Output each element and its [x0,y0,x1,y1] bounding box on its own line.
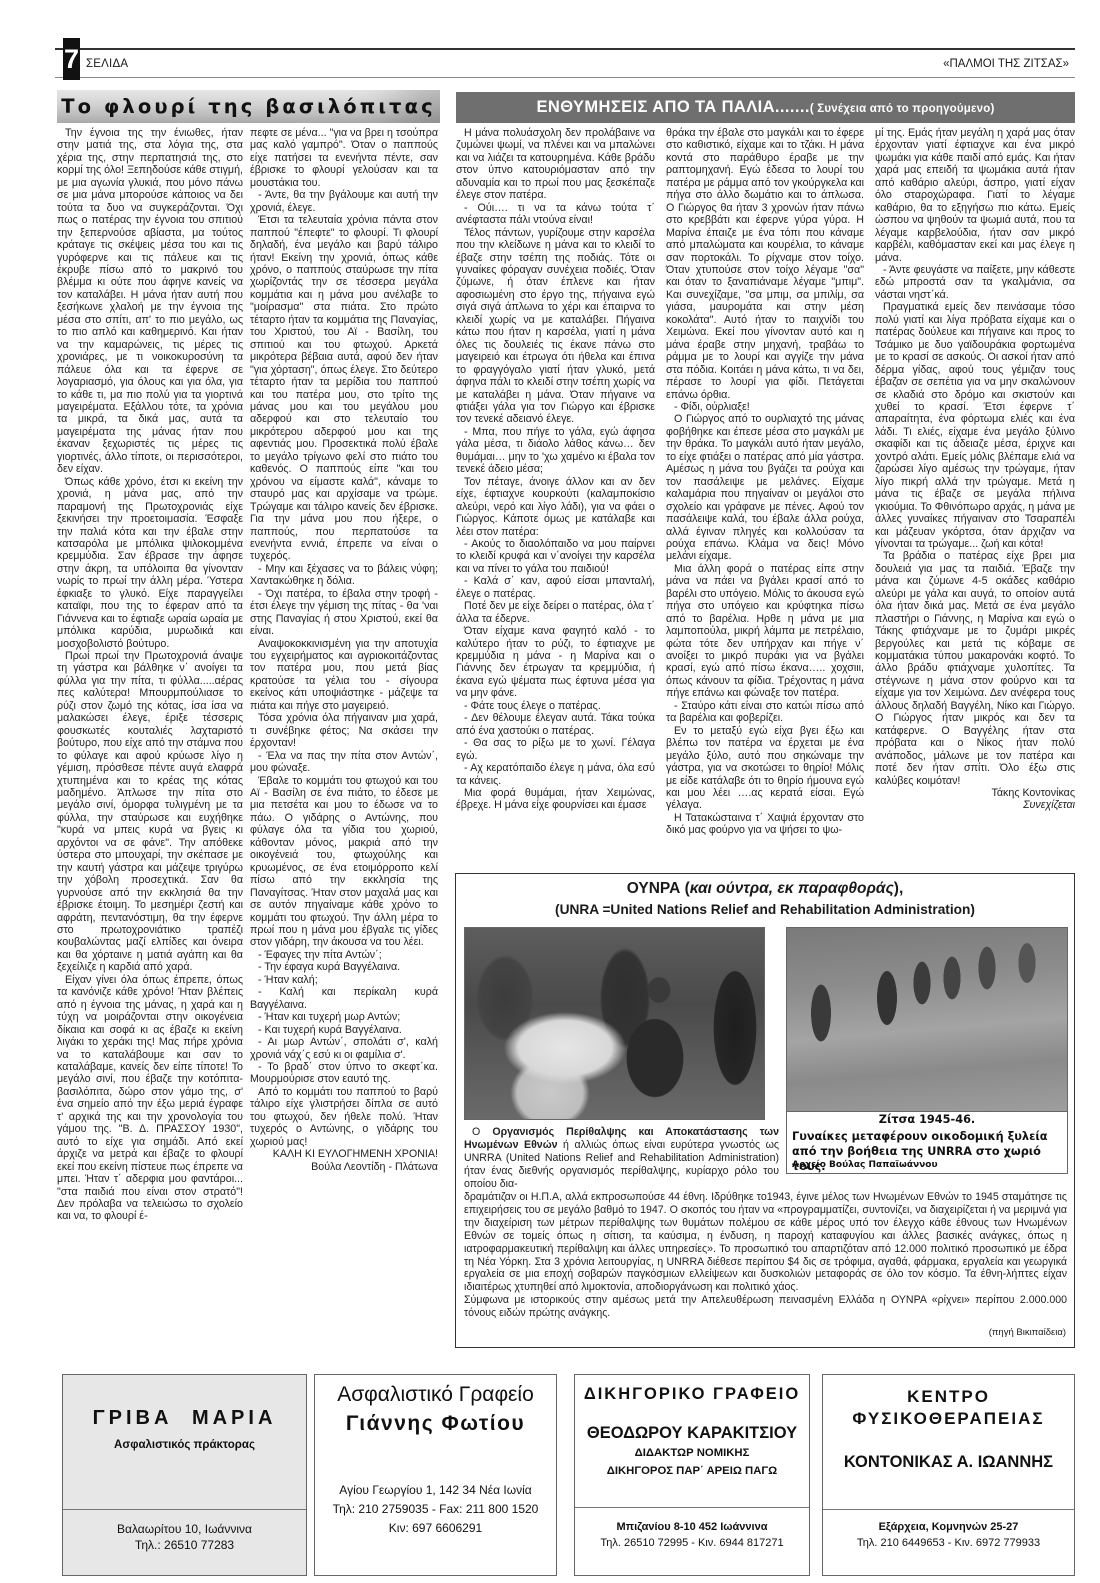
unra-title-main: ΟΥΝΡΑ ( [627,880,690,897]
paragraph: Τέλος πάντων, γυρίζουμε στην καρσέλα που… [456,227,655,426]
continues-label: Συνεχίζεται [875,799,1075,811]
unra-body: δραμάτιζαν οι Η.Π.Α, αλλά εκπροσωπούσε 4… [464,1191,1067,1320]
paragraph: Αναψοκοκκινισμένη για την αποτυχία του ε… [250,638,438,713]
memories-column-1: Η μάνα πολυάσχολη δεν προλάβαινε να ζυμώ… [456,127,655,867]
memories-column-3: μί της. Εμάς ήταν μεγάλη η χαρά μας όταν… [875,127,1075,867]
paragraph: Τον πέταγε, άνοιγε άλλον και αν δεν είχε… [456,476,655,538]
unra-title: ΟΥΝΡΑ (και ούντρα, εκ παραφθοράς), [456,880,1074,898]
paragraph: Όταν είχαμε κανα φαγητό καλό - το καλύτε… [456,625,655,700]
paragraph: Έβαλε το κομμάτι του φτωχού και του Αϊ -… [250,775,438,949]
ad-griva-maria: ΓΡΙΒΑ ΜΑΡΙΑ Ασφαλιστικός πράκτορας Βαλαω… [62,1374,307,1576]
ad-name: ΓΡΙΒΑ ΜΑΡΙΑ [63,1407,306,1430]
paragraph: - Όχι πατέρα, το έβαλα στην τροφή - έτσι… [250,588,438,638]
author-byline: Βούλα Λεοντίδη - Πλάτωνα [250,1161,438,1173]
memories-title-sub: ( Συνέχεια από το προηγούμενο) [810,103,995,115]
paragraph: Ποτέ δεν με είχε δείρει ο πατέρας, όλα τ… [456,600,655,625]
paragraph: - Δεν θέλουμε έλεγαν αυτά. Τάκα τούκα απ… [456,712,655,737]
paragraph: - Μπα, που πήγε το γάλα, εγώ άφησα γάλα … [456,426,655,476]
page-number: 7 [63,38,80,80]
ad-heading: ΔΙΚΗΓΟΡΙΚΟ ΓΡΑΦΕΙΟ [575,1385,809,1404]
paragraph: θράκα την έβαλε στο μαγκάλι και το έφερε… [666,127,864,401]
paragraph: μί της. Εμάς ήταν μεγάλη η χαρά μας όταν… [875,127,1075,264]
unra-title-end: ), [894,880,903,897]
paragraph: - Μην και ξέχασες να το βάλεις νύφη; Χαν… [250,563,438,588]
photo-children-relief-sacks [464,927,765,1120]
ad-title-2: ΔΙΚΗΓΟΡΟΣ ΠΑΡ΄ ΑΡΕΙΩ ΠΑΓΩ [575,1465,809,1477]
newspaper-name: «ΠΑΛΜΟΙ ΤΗΣ ΖΙΤΣΑΣ» [943,58,1069,70]
paragraph: - Άντε, θα την βγάλουμε και αυτή την χρο… [250,189,438,214]
ad-heading-2: ΦΥΣΙΚΟΘΕΡΑΠΕΙΑΣ [823,1409,1074,1429]
unra-info-box: ΟΥΝΡΑ (και ούντρα, εκ παραφθοράς), (UNRA… [455,873,1075,1348]
memories-title-main: ΕΝΘΥΜΗΣΕΙΣ ΑΠΟ ΤΑ ΠΑΛΙΑ....... [536,98,809,116]
ad-name: Γιάννης Φωτίου [315,1412,556,1436]
ad-name: ΚΟΝΤΟΝΙΚΑΣ Α. ΙΩΑΝΝΗΣ [823,1453,1074,1472]
paragraph: - Καλά σ΄ καν, αφού είσαι μπανταλή, έλεγ… [456,575,655,600]
photo-women-carrying-timber [786,927,1068,1112]
ad-law-office: ΔΙΚΗΓΟΡΙΚΟ ΓΡΑΦΕΙΟ ΘΕΟΔΩΡΟΥ ΚΑΡΑΚΙΤΣΙΟΥ … [574,1374,810,1576]
vasilopita-column-1: Την έγνοια της την ένιωθες, ήταν στην μα… [57,127,243,1342]
paragraph: - Την έφαγα κυρά Βαγγέλαινα. [250,961,438,973]
ad-title-1: ΔΙΔΑΚΤΩΡ ΝΟΜΙΚΗΣ [575,1447,809,1459]
author-byline: Τάκης Κοντονίκας [875,787,1075,799]
paragraph: Από το κομμάτι του παππού το βαρύ τάλιρο… [250,1086,438,1148]
paragraph: Μια φορά θυμάμαι, ήταν Χειμώνας, έβρεχε.… [456,787,655,812]
unra-source: (πηγή Βικιπαίδεια) [989,1327,1066,1338]
unra-body-paragraph-2: Σύμφωνα με ιστορικούς στην αμέσως μετά τ… [464,1294,1067,1320]
paragraph: - Σταύρο κάτι είναι στο κατώι πίσω από τ… [666,700,864,725]
paragraph: Είχαν γίνει όλα όπως έπρεπε, όπως τα καν… [57,974,243,1223]
photo-caption: Ζίτσα 1945-46. Γυναίκες μεταφέρουν οικοδ… [786,1112,1068,1174]
divider [823,1509,1074,1510]
paragraph: - Έλα να πας την πίτα στον Αντών΄, μου φ… [250,750,438,775]
ad-insurance-fotiou: Ασφαλιστικό Γραφείο Γιάννης Φωτίου Αγίου… [314,1374,557,1576]
ad-heading: Ασφαλιστικό Γραφείο [315,1383,556,1407]
section-label: ΣΕΛΙΔΑ [86,58,128,70]
memories-column-2: θράκα την έβαλε στο μαγκάλι και το έφερε… [666,127,864,867]
unra-subtitle: (UNRA =United Nations Relief and Rehabil… [456,902,1074,917]
divider [63,1509,306,1510]
paragraph: - Ήταν και τυχερή μωρ Αντών; [250,1011,438,1023]
paragraph: - Ούι…. τι να τα κάνω τούτα τ΄ ανέφταστα… [456,202,655,227]
intro-prefix: Ο [472,1126,492,1138]
ad-address: Αγίου Γεωργίου 1, 142 34 Νέα Ιωνία [315,1481,556,1500]
paragraph: Εν το μεταξύ εγώ είχα βγει έξω και βλέπω… [666,725,864,812]
paragraph: - Καλή και περίκαλη κυρά Βαγγέλαινα. [250,986,438,1011]
caption-credit: Αρχείο Βούλας Παπαϊωάννου [792,1160,938,1170]
unra-body-paragraph: δραμάτιζαν οι Η.Π.Α, αλλά εκπροσωπούσε 4… [464,1191,1067,1294]
vasilopita-column-2: πεφτε σε μένα... "για να βρει η τσούπρα … [250,127,438,1342]
ad-role: Ασφαλιστικός πράκτορας [63,1439,306,1451]
ad-phone: Τηλ.: 26510 77283 [63,1537,306,1553]
paragraph: Την έγνοια της την ένιωθες, ήταν στην μα… [57,127,243,476]
ad-contact: Εξάρχεια, Κομνηνών 25-27 Τηλ. 210 644965… [823,1519,1074,1551]
paragraph: Τόσα χρόνια όλα πήγαιναν μια χαρά, τι συ… [250,712,438,749]
paragraph: Όπως κάθε χρόνο, έτσι κι εκείνη την χρον… [57,476,243,650]
caption-title: Ζίτσα 1945-46. [787,1113,1067,1126]
paragraph: Πρωί πρωί την Πρωτοχρονιά άναψε τη γάστρ… [57,650,243,974]
paragraph: - Φίδι, ούρλιαξε! [666,401,864,413]
ad-address: Εξάρχεια, Κομνηνών 25-27 [879,1521,1019,1533]
paragraph: - Ήταν καλή; [250,974,438,986]
ad-phone: Τηλ. 210 6449653 - Κιν. 6972 779933 [823,1535,1074,1551]
paragraph: - Θα σας το ρίξω με το χωνί. Γέλαγα εγώ. [456,737,655,762]
paragraph: Μια άλλη φορά ο πατέρας είπε στην μάνα ν… [666,563,864,700]
paragraph: - Αχ κερατόπαιδο έλεγε η μάνα, όλα εσύ τ… [456,762,655,787]
paragraph: - Και τυχερή κυρά Βαγγέλαινα. [250,1024,438,1036]
closing-greeting: ΚΑΛΗ ΚΙ ΕΥΛΟΓΗΜΕΝΗ ΧΡΟΝΙΑ! [250,1148,438,1160]
divider [575,1507,809,1508]
paragraph: Πραγματικά εμείς δεν πεινάσαμε τόσο πολύ… [875,301,1075,550]
paragraph: - Άντε φευγάστε να παίξετε, μην κάθεστε … [875,264,1075,301]
unra-intro: Ο Οργανισμός Περίθαλψης και Αποκατάσταση… [464,1126,779,1191]
paragraph: - Ακούς το διαολόπαιδο να μου παίρνει το… [456,538,655,575]
paragraph: Ο Γιώργος από το ουρλιαχτό της μάνας φοβ… [666,413,864,562]
paragraph: - Φάτε τους έλεγε ο πατέρας. [456,700,655,712]
ad-phone: Τηλ. 26510 72995 - Κιν. 6944 817271 [575,1535,809,1551]
paragraph: Τα βράδια ο πατέρας είχε βρει μια δουλει… [875,550,1075,787]
ad-contact: Αγίου Γεωργίου 1, 142 34 Νέα Ιωνία Τηλ: … [315,1481,556,1538]
ad-phone: Τηλ: 210 2759035 - Fax: 211 800 1520 [315,1500,556,1519]
article-title-vasilopita: Το φλουρί της βασιλόπιτας [57,90,440,123]
paragraph: Έτσι τα τελευταία χρόνια πάντα στον παππ… [250,214,438,563]
paragraph: - Το βραδ΄ στον ύπνο το σκεφτ΄κα. Μουρμο… [250,1061,438,1086]
page-header: 7 ΣΕΛΙΔΑ «ΠΑΛΜΟΙ ΤΗΣ ΖΙΤΣΑΣ» [55,48,1075,78]
unra-title-italic: και ούντρα, εκ παραφθοράς [690,880,894,897]
paragraph: - Έφαγες την πίτα Αντών΄; [250,949,438,961]
ad-contact: Βαλαωρίτου 10, Ιωάννινα Τηλ.: 26510 7728… [63,1521,306,1553]
ad-mobile: Κιν: 697 6606291 [315,1519,556,1538]
ad-address: Μπιζανίου 8-10 452 Ιωάννινα [617,1521,768,1533]
ad-contact: Μπιζανίου 8-10 452 Ιωάννινα Τηλ. 26510 7… [575,1519,809,1551]
ad-name: ΘΕΟΔΩΡΟΥ ΚΑΡΑΚΙΤΣΙΟΥ [575,1424,809,1443]
ad-address: Βαλαωρίτου 10, Ιωάννινα [63,1521,306,1537]
paragraph: Η μάνα πολυάσχολη δεν προλάβαινε να ζυμώ… [456,127,655,202]
paragraph: Η Τατακώσταινα τ΄ Χαψιά έρχονταν στο δικ… [666,812,864,837]
paragraph: πεφτε σε μένα... "για να βρει η τσούπρα … [250,127,438,189]
paragraph: - Αι μωρ Αντών΄, σπολάτι σ', καλή χρονιά… [250,1036,438,1061]
ad-physiotherapy-center: ΚΕΝΤΡΟ ΦΥΣΙΚΟΘΕΡΑΠΕΙΑΣ ΚΟΝΤΟΝΙΚΑΣ Α. ΙΩΑ… [822,1374,1075,1576]
article-title-memories: ΕΝΘΥΜΗΣΕΙΣ ΑΠΟ ΤΑ ΠΑΛΙΑ.......( Συνέχεια… [456,92,1075,123]
ad-heading-1: ΚΕΝΤΡΟ [823,1387,1074,1407]
